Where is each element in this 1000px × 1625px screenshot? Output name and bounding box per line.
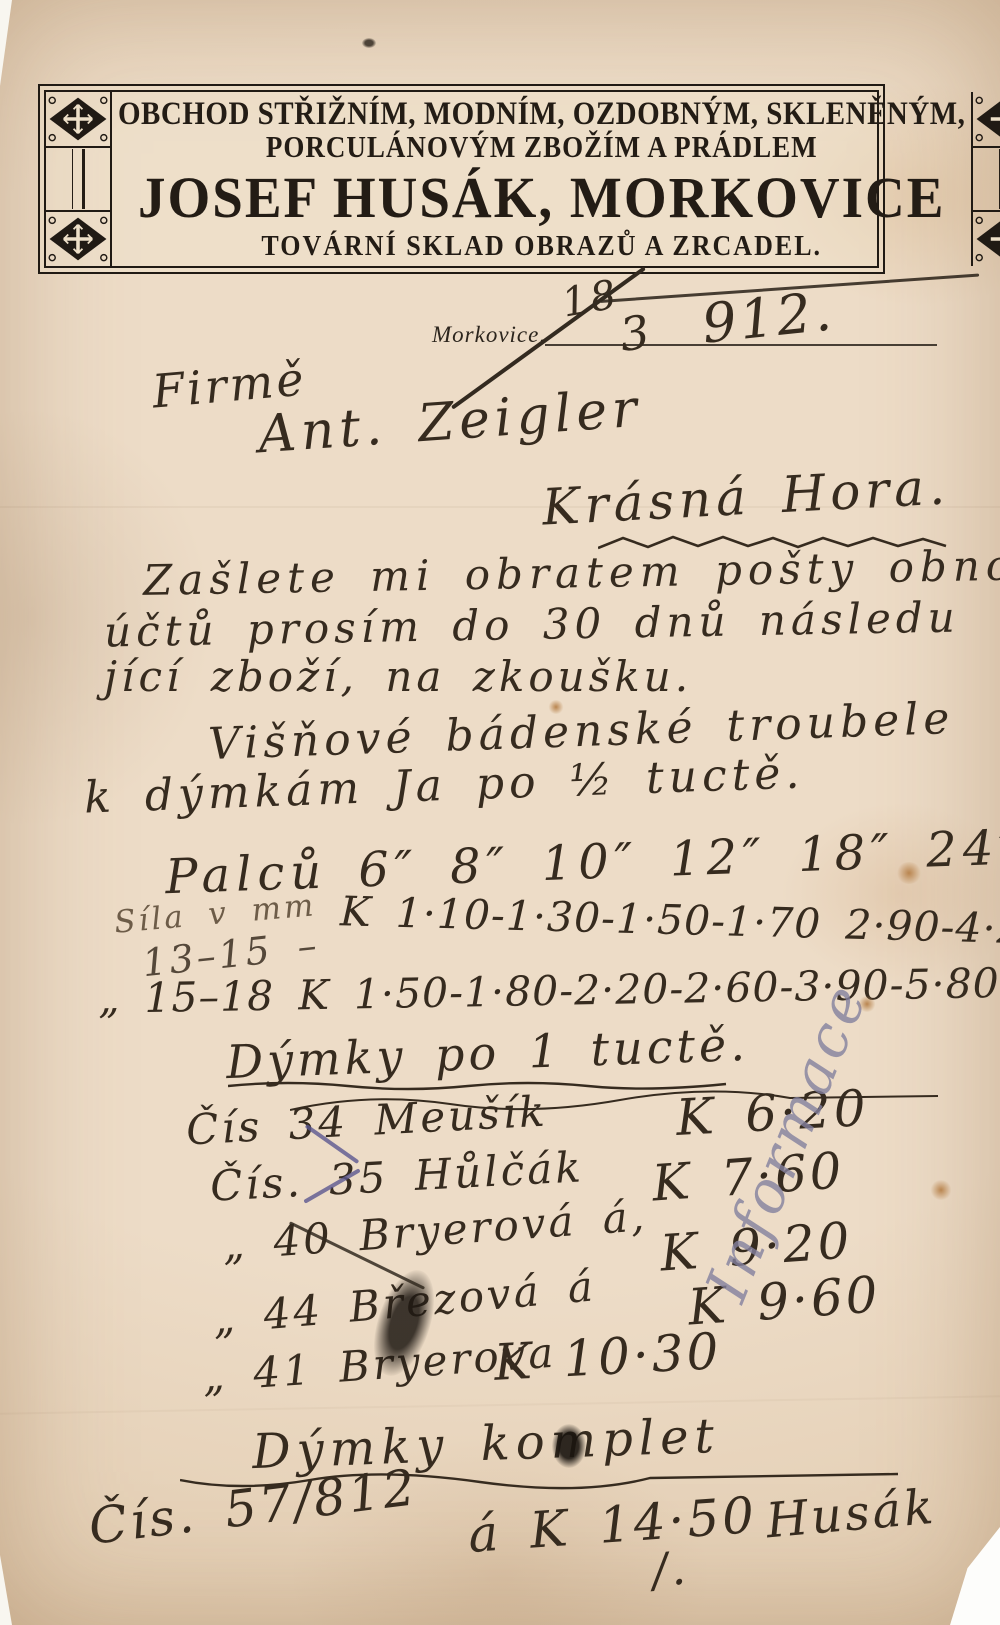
ornament-rule-lines [46, 148, 110, 210]
letterhead: OBCHOD STŘIŽNÍM, MODNÍM, OZDOBNÝM, SKLEN… [38, 84, 885, 274]
letterhead-right-ornament [971, 92, 1000, 266]
letterhead-line1: OBCHOD STŘIŽNÍM, MODNÍM, OZDOBNÝM, SKLEN… [118, 96, 965, 133]
fold-crease [0, 506, 1000, 508]
paper-edge-sliver [0, 1555, 12, 1625]
ink-speck [362, 38, 376, 48]
scanned-letter: { "colors": { "paper": "#e8d5bd", "ink":… [0, 0, 1000, 1625]
end-mark: /. [649, 1540, 691, 1597]
price-series: K 1·10-1·30-1·50-1·70 2·90-4·20-5·30 [340, 887, 1000, 956]
foxing-spot [896, 862, 922, 884]
addressee: Ant. Zeigler [256, 379, 643, 466]
row-label: Čís 34 Meušík [185, 1087, 549, 1155]
paper-chip-damage [950, 1527, 1000, 1625]
letterhead-name: JOSEF HUSÁK, MORKOVICE [138, 164, 945, 230]
addressee-city: Krásná Hora. [541, 457, 951, 536]
foxing-spot [548, 700, 564, 714]
paper-edge-sliver [0, 0, 12, 86]
ornament-diamond-icon [973, 210, 1000, 266]
ornament-diamond-icon [46, 210, 110, 266]
ink-blot [552, 1424, 586, 1468]
ornament-rule-lines [973, 148, 1000, 210]
ornament-diamond-icon [973, 92, 1000, 148]
row-price: K 10·30 [493, 1322, 723, 1392]
letterhead-left-ornament [46, 92, 112, 266]
row-price: K 6·20 [675, 1079, 870, 1147]
printed-place-label: Morkovice, [432, 322, 546, 348]
foxing-spot [858, 996, 876, 1012]
letterhead-line2: PORCULÁNOVÝM ZBOŽÍM A PRÁDLEM [266, 130, 818, 165]
body-line: jící zboží, na zkoušku. [104, 652, 692, 701]
row-price: K 7·60 [650, 1141, 846, 1212]
foxing-spot [930, 1180, 952, 1200]
fold-crease [0, 1395, 1000, 1414]
letterhead-frame: OBCHOD STŘIŽNÍM, MODNÍM, OZDOBNÝM, SKLEN… [44, 90, 879, 268]
letterhead-subtitle: TOVÁRNÍ SKLAD OBRAZŮ A ZRCADEL. [261, 229, 822, 262]
final-price: á K 14·50 [466, 1486, 758, 1564]
handwritten-month: 3 [616, 304, 655, 362]
ornament-diamond-icon [46, 92, 110, 148]
letterhead-text: OBCHOD STŘIŽNÍM, MODNÍM, OZDOBNÝM, SKLEN… [112, 92, 971, 266]
